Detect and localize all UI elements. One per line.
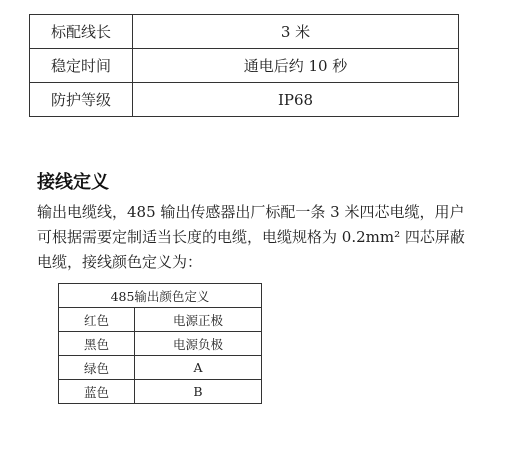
table-header-row: 485输出颜色定义 — [59, 284, 262, 308]
spec-label: 稳定时间 — [30, 49, 133, 83]
spec-label: 防护等级 — [30, 83, 133, 117]
wire-meaning: A — [135, 356, 262, 380]
table-row: 防护等级 IP68 — [30, 83, 459, 117]
table-row: 黑色 电源负极 — [59, 332, 262, 356]
table-title: 485输出颜色定义 — [59, 284, 262, 308]
table-row: 红色 电源正极 — [59, 308, 262, 332]
spec-value: 通电后约 10 秒 — [133, 49, 459, 83]
table-row: 稳定时间 通电后约 10 秒 — [30, 49, 459, 83]
wire-color: 绿色 — [59, 356, 135, 380]
wire-meaning: 电源负极 — [135, 332, 262, 356]
wire-meaning: B — [135, 380, 262, 404]
table-row: 绿色 A — [59, 356, 262, 380]
section-heading: 接线定义 — [37, 168, 109, 194]
spec-value: IP68 — [133, 83, 459, 117]
wire-color-table: 485输出颜色定义 红色 电源正极 黑色 电源负极 绿色 A 蓝色 B — [58, 283, 262, 404]
wire-meaning: 电源正极 — [135, 308, 262, 332]
wire-color: 蓝色 — [59, 380, 135, 404]
wire-color: 红色 — [59, 308, 135, 332]
spec-label: 标配线长 — [30, 15, 133, 49]
spec-table: 标配线长 3 米 稳定时间 通电后约 10 秒 防护等级 IP68 — [29, 14, 459, 117]
table-row: 标配线长 3 米 — [30, 15, 459, 49]
section-paragraph: 输出电缆线，485 输出传感器出厂标配一条 3 米四芯电缆，用户可根据需要定制适… — [37, 200, 477, 275]
wire-color: 黑色 — [59, 332, 135, 356]
spec-value: 3 米 — [133, 15, 459, 49]
table-row: 蓝色 B — [59, 380, 262, 404]
